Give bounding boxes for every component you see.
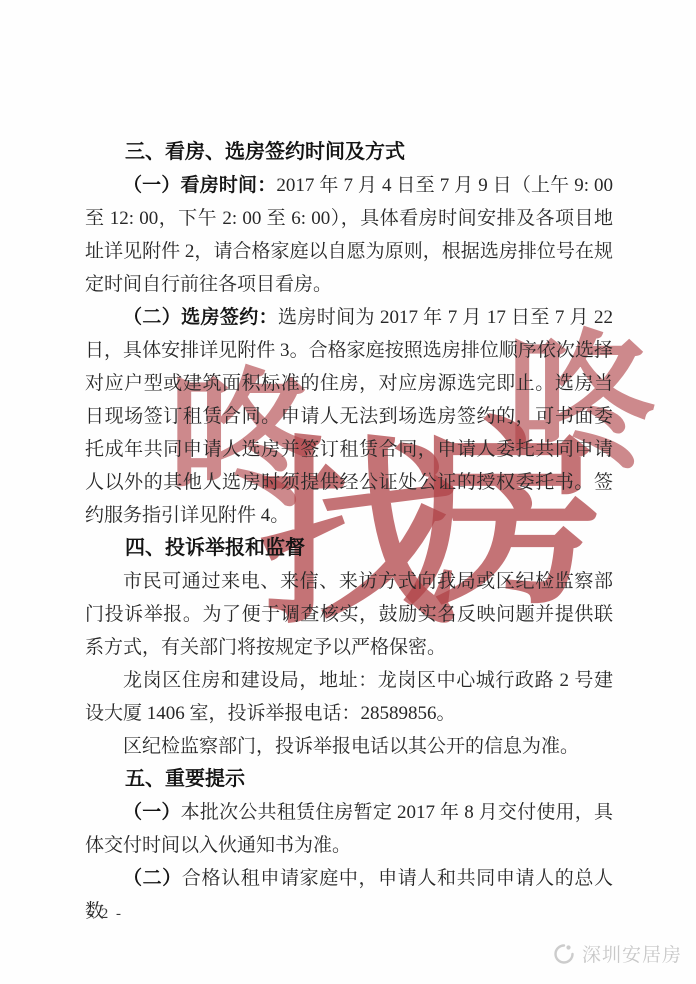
section5-item1-lead: （一）	[123, 802, 181, 823]
brand-logo-icon	[552, 942, 576, 966]
section4-paragraph-3: 区纪检监察部门，投诉举报电话以其公开的信息为准。	[85, 730, 613, 763]
section5-heading: 五、重要提示	[85, 763, 613, 796]
brand-watermark: 深圳安居房	[552, 940, 682, 967]
document-page: 咚 咚 找 房 三、看房、选房签约时间及方式 （一）看房时间：2017 年 7 …	[0, 0, 696, 984]
brand-name: 深圳安居房	[582, 940, 682, 967]
section3-item1-lead: （一）看房时间：	[123, 175, 276, 196]
page-number: - 2 -	[88, 906, 123, 923]
section3-item2-paragraph: （二）选房签约：选房时间为 2017 年 7 月 17 日至 7 月 22 日，…	[85, 301, 613, 532]
section3-item2-lead: （二）选房签约：	[123, 307, 278, 328]
section5-item2-lead: （二）	[123, 868, 182, 889]
section4-paragraph-1: 市民可通过来电、来信、来访方式向我局或区纪检监察部门投诉举报。为了便于调查核实，…	[85, 565, 613, 664]
section3-item1-paragraph: （一）看房时间：2017 年 7 月 4 日至 7 月 9 日（上午 9: 00…	[85, 169, 613, 301]
section4-heading: 四、投诉举报和监督	[85, 532, 613, 565]
section4-paragraph-2: 龙岗区住房和建设局，地址：龙岗区中心城行政路 2 号建设大厦 1406 室，投诉…	[85, 664, 613, 730]
document-body: 三、看房、选房签约时间及方式 （一）看房时间：2017 年 7 月 4 日至 7…	[85, 136, 613, 928]
section3-heading: 三、看房、选房签约时间及方式	[85, 136, 613, 169]
section3-item2-text: 选房时间为 2017 年 7 月 17 日至 7 月 22 日，具体安排详见附件…	[85, 307, 613, 526]
section5-item1-paragraph: （一）本批次公共租赁住房暂定 2017 年 8 月交付使用，具体交付时间以入伙通…	[85, 796, 613, 862]
section5-item2-paragraph: （二）合格认租申请家庭中，申请人和共同申请人的总人数	[85, 862, 613, 928]
